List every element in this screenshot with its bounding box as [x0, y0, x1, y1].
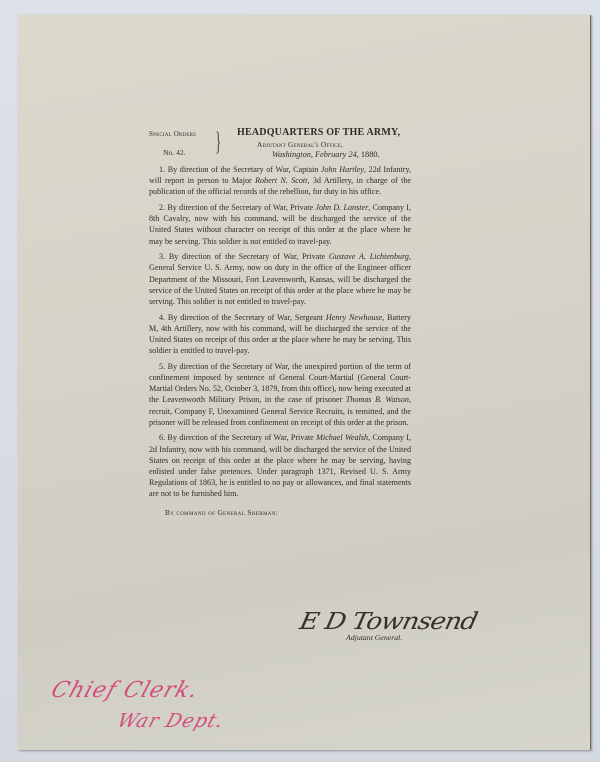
- order-paragraph-3: 3. By direction of the Secretary of War,…: [149, 251, 411, 307]
- dateline: Washington, February 24, 1880.: [272, 149, 380, 160]
- order-paragraph-1: 1. By direction of the Secretary of War,…: [149, 164, 411, 197]
- person-name: Henry Newhouse: [326, 313, 382, 322]
- person-name: John Hartley: [321, 165, 364, 174]
- handwritten-note-line1: Chief Clerk.: [48, 678, 202, 703]
- document-header: Special Orders No. 42. } HEADQUARTERS OF…: [149, 127, 411, 164]
- brace-icon: }: [215, 127, 221, 157]
- signature: E D Townsend: [297, 609, 479, 636]
- special-orders-document: Special Orders No. 42. } HEADQUARTERS OF…: [149, 127, 411, 520]
- signature-title: Adjutant General.: [346, 633, 402, 642]
- person-name: Gustave A. Lichtenburg: [329, 252, 409, 261]
- special-orders-label: Special Orders: [149, 129, 196, 140]
- order-number: No. 42.: [163, 147, 186, 158]
- date-place: Washington, February 24,: [272, 150, 359, 159]
- order-paragraph-4: 4. By direction of the Secretary of War,…: [149, 312, 411, 357]
- order-paragraph-6: 6. By direction of the Secretary of War,…: [149, 432, 411, 499]
- date-year: 1880.: [361, 150, 380, 159]
- person-name: Michael Wealsh: [316, 433, 368, 442]
- headquarters-title: HEADQUARTERS OF THE ARMY,: [237, 127, 400, 138]
- order-paragraph-2: 2. By direction of the Secretary of War,…: [149, 202, 411, 247]
- person-name: Robert N. Scott: [255, 176, 307, 185]
- person-name: Thomas B. Watson: [346, 395, 409, 404]
- order-paragraphs: 1. By direction of the Secretary of War,…: [149, 164, 411, 499]
- person-name: John D. Lanster: [315, 203, 368, 212]
- handwritten-note-line2: War Dept.: [114, 710, 227, 732]
- order-paragraph-5: 5. By direction of the Secretary of War,…: [149, 361, 411, 428]
- command-line: By command of General Sherman:: [149, 508, 411, 519]
